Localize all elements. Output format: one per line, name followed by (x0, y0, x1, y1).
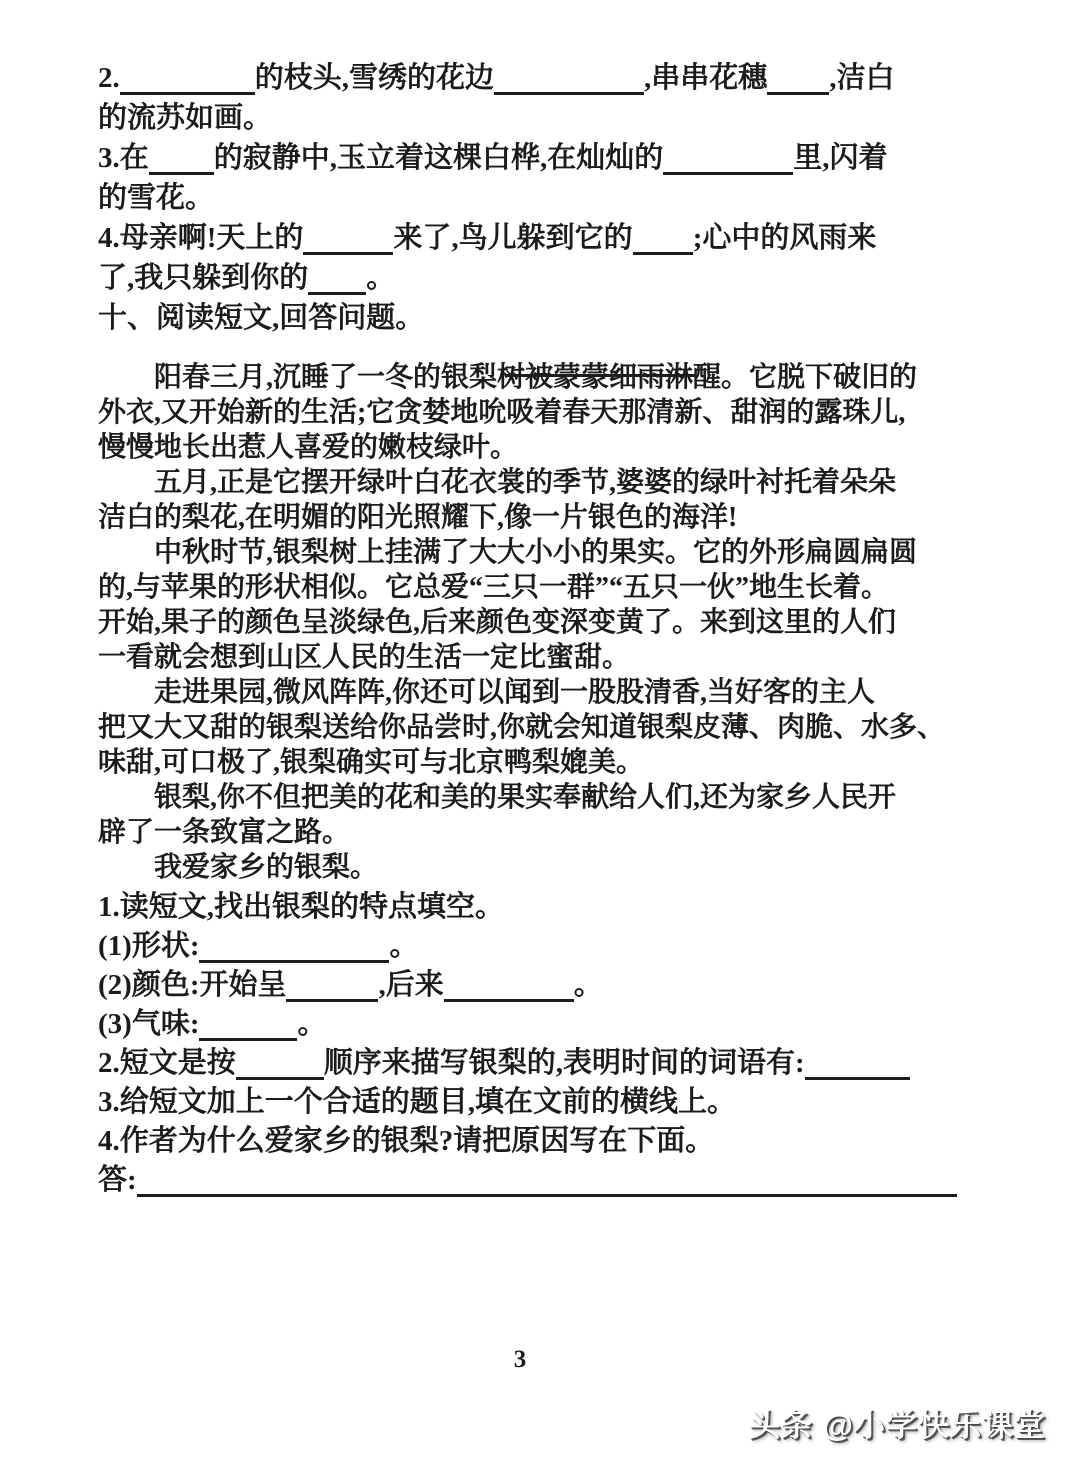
text-run: 中秋时节,银梨树上挂满了大大小小的果实。它的外形扁圆扁圆 (154, 537, 917, 568)
text-run: 辟了一条致富之路。 (98, 817, 350, 848)
text-run: 2.短文是按 (98, 1047, 236, 1079)
text-line: 了,我只躲到你的。 (98, 258, 988, 298)
text-run: 把又大又甜的银梨送给你品尝时,你就会知道银梨皮薄、肉脆、水多、 (98, 712, 945, 743)
text-line: 五月,正是它摆开绿叶白花衣裳的季节,婆婆的绿叶衬托着朵朵 (98, 465, 988, 500)
text-run: 来了,鸟儿躲到它的 (393, 222, 632, 254)
text-line: 的,与苹果的形状相似。它总爱“三只一群”“五只一伙”地生长着。 (98, 570, 988, 605)
text-line: 2.短文是按顺序来描写银梨的,表明时间的词语有: (98, 1044, 988, 1083)
text-run: 1.读短文,找出银梨的特点填空。 (98, 891, 504, 923)
text-run: 慢慢地长出惹人喜爱的嫩枝绿叶。 (98, 432, 518, 463)
text-run: 外衣,又开始新的生活;它贪婪地吮吸着春天那清新、甜润的露珠儿, (98, 397, 905, 428)
text-run: 开始,果子的颜色呈淡绿色,后来颜色变深变黄了。来到这里的人们 (98, 607, 896, 638)
blank-underline (308, 268, 366, 295)
page-content: 2.的枝头,雪绣的花边,串串花穗,洁白的流苏如画。3.在的寂静中,玉立着这棵白桦… (98, 58, 988, 1200)
passage-paragraph: 银梨,你不但把美的花和美的果实奉献给人们,还为家乡人民开辟了一条致富之路。 (98, 780, 988, 850)
text-line (156, 342, 1046, 377)
text-run: (1)形状: (98, 930, 199, 962)
text-line: 2.的枝头,雪绣的花边,串串花穗,洁白 (98, 58, 988, 98)
passage-paragraphs: 阳春三月,沉睡了一冬的银梨树被蒙蒙细雨淋醒。它脱下破旧的外衣,又开始新的生活;它… (98, 360, 988, 885)
text-run: 4.作者为什么爱家乡的银梨?请把原因写在下面。 (98, 1125, 714, 1157)
text-line: 把又大又甜的银梨送给你品尝时,你就会知道银梨皮薄、肉脆、水多、 (98, 710, 988, 745)
text-run: 答: (98, 1164, 137, 1196)
blank-underline (506, 351, 696, 377)
blank-underline (236, 1053, 324, 1080)
text-run: 的雪花。 (98, 182, 214, 214)
text-line: 走进果园,微风阵阵,你还可以闻到一股股清香,当好客的主人 (98, 675, 988, 710)
text-run: (3)气味: (98, 1008, 199, 1040)
blank-underline (199, 936, 389, 963)
reading-questions: 1.读短文,找出银梨的特点填空。(1)形状:。(2)颜色:开始呈,后来。(3)气… (98, 888, 988, 1200)
text-line: 辟了一条致富之路。 (98, 815, 988, 850)
text-run: 一看就会想到山区人民的生活一定比蜜甜。 (98, 642, 630, 673)
blank-underline (120, 68, 255, 95)
text-run: ;心中的风雨来 (693, 222, 877, 254)
text-line: 开始,果子的颜色呈淡绿色,后来颜色变深变黄了。来到这里的人们 (98, 605, 988, 640)
text-run: 。 (574, 969, 603, 1001)
passage-title-blank (156, 342, 1046, 360)
text-line: 的雪花。 (98, 178, 988, 218)
text-line: 的流苏如画。 (98, 98, 988, 138)
text-run: 的寂静中,玉立着这棵白桦,在灿灿的 (214, 142, 664, 174)
text-run: 3.在 (98, 142, 149, 174)
text-run: 2. (98, 62, 120, 94)
passage-paragraph: 中秋时节,银梨树上挂满了大大小小的果实。它的外形扁圆扁圆的,与苹果的形状相似。它… (98, 535, 988, 675)
text-run: 五月,正是它摆开绿叶白花衣裳的季节,婆婆的绿叶衬托着朵朵 (154, 467, 896, 498)
text-run: ,后来 (378, 969, 443, 1001)
text-line: 3.给短文加上一个合适的题目,填在文前的横线上。 (98, 1083, 988, 1122)
passage-paragraph: 走进果园,微风阵阵,你还可以闻到一股股清香,当好客的主人把又大又甜的银梨送给你品… (98, 675, 988, 780)
text-line: 4.作者为什么爱家乡的银梨?请把原因写在下面。 (98, 1122, 988, 1161)
text-line: (1)形状:。 (98, 927, 988, 966)
blank-underline (805, 1053, 910, 1080)
blank-underline (199, 1014, 297, 1041)
text-run: (2)颜色:开始呈 (98, 969, 286, 1001)
text-run: 。 (389, 930, 418, 962)
text-run: 银梨,你不但把美的花和美的果实奉献给人们,还为家乡人民开 (154, 782, 896, 813)
passage-paragraph: 我爱家乡的银梨。 (98, 850, 988, 885)
blank-underline (663, 148, 793, 175)
text-run: ,串串花穗 (644, 62, 767, 94)
text-run: 。 (297, 1008, 326, 1040)
text-line: 中秋时节,银梨树上挂满了大大小小的果实。它的外形扁圆扁圆 (98, 535, 988, 570)
page-number: 3 (0, 1346, 1040, 1374)
text-run: 走进果园,微风阵阵,你还可以闻到一股股清香,当好客的主人 (154, 677, 875, 708)
text-run: 4.母亲啊!天上的 (98, 222, 303, 254)
text-line: 味甜,可口极了,银梨确实可与北京鸭梨媲美。 (98, 745, 988, 780)
text-line: 洁白的梨花,在明媚的阳光照耀下,像一片银色的海洋! (98, 500, 988, 535)
text-line: 我爱家乡的银梨。 (98, 850, 988, 885)
text-run: 。 (366, 262, 395, 294)
reading-passage: 阳春三月,沉睡了一冬的银梨树被蒙蒙细雨淋醒。它脱下破旧的外衣,又开始新的生活;它… (98, 342, 988, 885)
blank-underline (494, 68, 644, 95)
text-run: 3.给短文加上一个合适的题目,填在文前的横线上。 (98, 1086, 736, 1118)
blank-underline (149, 148, 214, 175)
text-run: 里,闪着 (793, 142, 887, 174)
blank-underline (286, 975, 378, 1002)
text-line: 1.读短文,找出银梨的特点填空。 (98, 888, 988, 927)
text-line: 银梨,你不但把美的花和美的果实奉献给人们,还为家乡人民开 (98, 780, 988, 815)
text-run: ,洁白 (829, 62, 894, 94)
passage-paragraph: 五月,正是它摆开绿叶白花衣裳的季节,婆婆的绿叶衬托着朵朵洁白的梨花,在明媚的阳光… (98, 465, 988, 535)
text-run: 了,我只躲到你的 (98, 262, 308, 294)
worksheet-page: 2.的枝头,雪绣的花边,串串花穗,洁白的流苏如画。3.在的寂静中,玉立着这棵白桦… (0, 0, 1080, 1462)
text-line: 慢慢地长出惹人喜爱的嫩枝绿叶。 (98, 430, 988, 465)
text-run: 味甜,可口极了,银梨确实可与北京鸭梨媲美。 (98, 747, 644, 778)
section-heading: 十、阅读短文,回答问题。 (98, 298, 988, 338)
intro-fill-in-questions: 2.的枝头,雪绣的花边,串串花穗,洁白的流苏如画。3.在的寂静中,玉立着这棵白桦… (98, 58, 988, 298)
text-line: 答: (98, 1161, 988, 1200)
blank-underline (444, 975, 574, 1002)
text-run: 的,与苹果的形状相似。它总爱“三只一群”“五只一伙”地生长着。 (98, 572, 889, 603)
text-line: 4.母亲啊!天上的来了,鸟儿躲到它的;心中的风雨来 (98, 218, 988, 258)
text-line: 外衣,又开始新的生活;它贪婪地吮吸着春天那清新、甜润的露珠儿, (98, 395, 988, 430)
blank-underline (633, 228, 693, 255)
text-line: (2)颜色:开始呈,后来。 (98, 966, 988, 1005)
blank-underline (767, 68, 829, 95)
text-run: 顺序来描写银梨的,表明时间的词语有: (324, 1047, 805, 1079)
text-run: 我爱家乡的银梨。 (154, 852, 378, 883)
blank-underline (137, 1170, 957, 1197)
text-line: (3)气味:。 (98, 1005, 988, 1044)
watermark: 头条 @小学快乐课堂 (749, 1400, 1046, 1445)
text-run: 的流苏如画。 (98, 102, 272, 134)
text-run: 的枝头,雪绣的花边 (255, 62, 494, 94)
blank-underline (303, 228, 393, 255)
text-line: 3.在的寂静中,玉立着这棵白桦,在灿灿的里,闪着 (98, 138, 988, 178)
text-run: 洁白的梨花,在明媚的阳光照耀下,像一片银色的海洋! (98, 502, 737, 533)
text-line: 一看就会想到山区人民的生活一定比蜜甜。 (98, 640, 988, 675)
